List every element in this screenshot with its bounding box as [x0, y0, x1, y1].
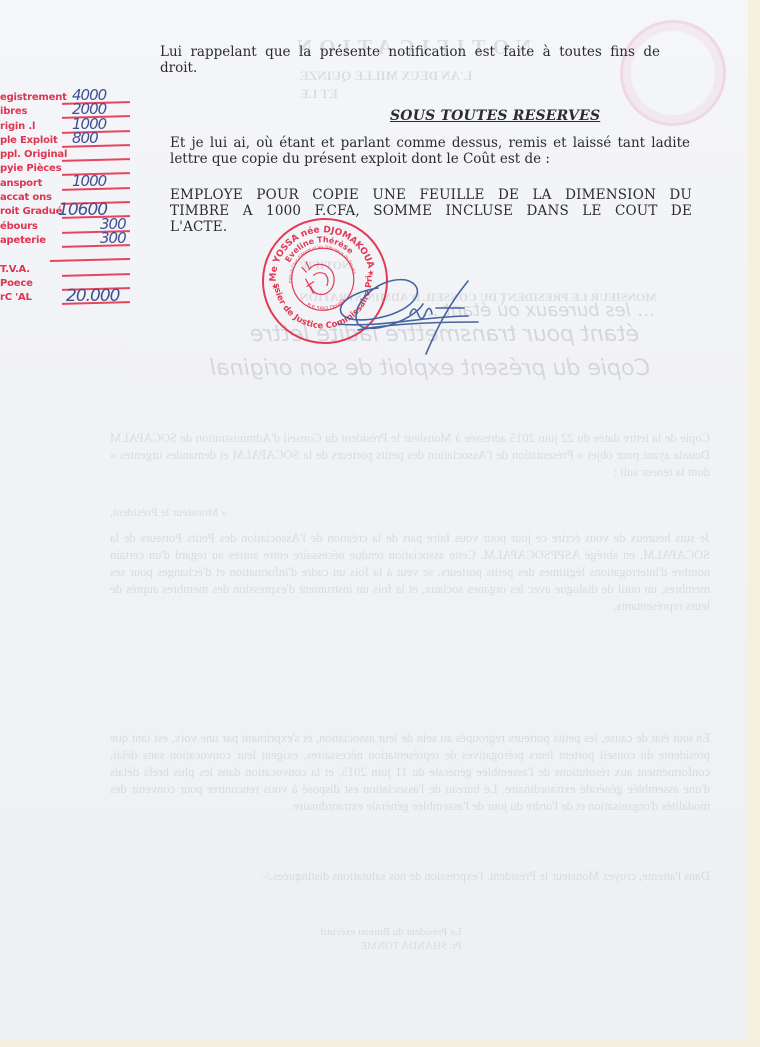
ghost-body-3: Je suis heureux de vous écrire ce jour p… [110, 530, 710, 615]
cost-label: ppl. Original [0, 149, 67, 160]
cost-label: ansport [0, 178, 42, 189]
cost-line [62, 158, 130, 161]
cost-row: ple Exploit800 [0, 135, 140, 149]
ghost-body-5: Dans l'attente, croyez Monsieur le Prési… [110, 868, 710, 885]
emploi-paragraph: EMPLOYE POUR COPIE UNE FEUILLE DE LA DIM… [170, 187, 692, 235]
ghost-line-2: ET LE [300, 86, 338, 102]
ghost-signoff: Le Président du Bureau exécutif Pr. SHAN… [320, 925, 462, 953]
cost-value: 300 [100, 229, 126, 247]
cost-label: ibres [0, 106, 27, 117]
ghost-body-2: « Monsieur le Président, [110, 505, 227, 520]
cost-row: rigin .l1000 [0, 121, 140, 135]
cost-row: ibres2000 [0, 106, 140, 120]
cost-label: T.V.A. [0, 264, 30, 275]
cost-line [62, 273, 130, 276]
document-page: NOTIFICATION L'AN DEUX MILLE QUINZE ET L… [0, 0, 748, 1040]
ghost-body-4: En tout état de cause, les petits porteu… [110, 730, 710, 815]
cost-line [50, 258, 130, 262]
cost-row [0, 249, 140, 263]
cost-value: 20.000 [66, 286, 119, 306]
scan-bottom-strip [0, 1040, 760, 1047]
intro-paragraph: Lui rappelant que la présente notificati… [160, 44, 660, 76]
cost-label: roit Gradué [0, 206, 62, 217]
remis-paragraph: Et je lui ai, où étant et parlant comme … [170, 135, 690, 167]
cost-row: pyie Pièces [0, 163, 140, 177]
ghost-body-1: Copie de la lettre datée du 22 juin 2015… [110, 430, 710, 481]
cost-label: rC 'AL [0, 292, 32, 303]
cost-row: apeterie300 [0, 235, 140, 249]
cost-label: Poece [0, 278, 33, 289]
reserve-heading: SOUS TOUTES RESERVES [390, 108, 600, 124]
cost-label: pyie Pièces [0, 163, 61, 174]
cost-breakdown-stamp: egistrement4000ibres2000rigin .l1000ple … [0, 92, 140, 306]
cost-row: T.V.A. [0, 264, 140, 278]
scan-edge-strip [748, 0, 760, 1047]
cost-label: ple Exploit [0, 135, 58, 146]
cost-row: rC 'AL20.000 [0, 292, 140, 306]
cost-label: ébours [0, 221, 38, 232]
cost-label: rigin .l [0, 121, 35, 132]
cost-value: 800 [72, 129, 98, 147]
cost-label: accat ons [0, 192, 52, 203]
ghost-handwriting-3: Copie du présent exploit de son original [210, 356, 650, 381]
svg-text:★: ★ [271, 282, 279, 292]
cost-value: 1000 [72, 172, 106, 190]
cost-label: apeterie [0, 235, 46, 246]
cost-label: egistrement [0, 92, 67, 103]
cost-row: egistrement4000 [0, 92, 140, 106]
cost-row: ansport1000 [0, 178, 140, 192]
cost-row: ppl. Original [0, 149, 140, 163]
signature [318, 266, 488, 356]
